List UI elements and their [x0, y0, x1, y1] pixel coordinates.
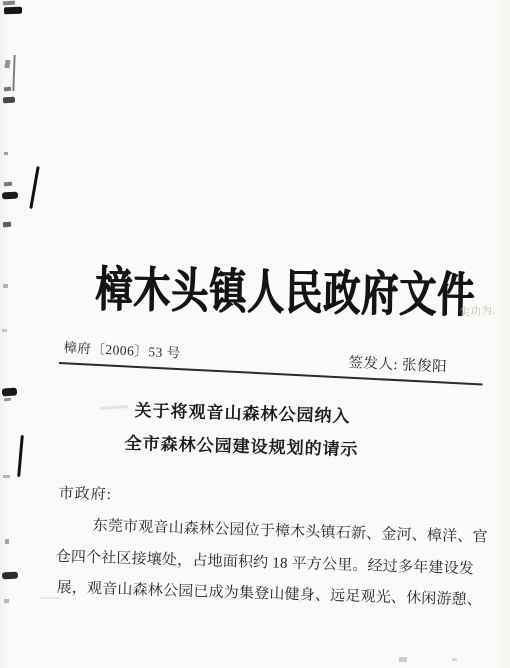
government-letterhead-title: 樟木头镇人民政府文件 [95, 250, 476, 326]
scanned-document-page: 樟木头镇人民政府文件 尖功为. 樟府〔2006〕53 号 签发人: 张俊阳 关于… [0, 0, 510, 668]
body-line: 仓四个社区接壤处，占地面积约 18 平方公里。经过多年建设发 [55, 545, 474, 578]
scan-smudge [4, 60, 10, 69]
scan-smudge [4, 182, 12, 187]
scan-smudge [3, 97, 15, 104]
scan-dot [3, 475, 10, 478]
body-line: 展，观音山森林公园已成为集登山健身、远足观光、休闲游憩、 [56, 576, 482, 610]
issuer-label: 签发人: 张俊阳 [348, 351, 448, 376]
scan-dot [5, 539, 9, 544]
scan-smudge [2, 572, 18, 580]
scan-smudge [4, 87, 11, 92]
scan-smudge [12, 55, 15, 91]
body-line: 东莞市观音山森林公园位于樟木头镇石新、金河、樟洋、官 [92, 514, 488, 547]
scan-dot [3, 284, 8, 288]
scan-dot [4, 152, 8, 155]
pen-stroke [29, 166, 39, 209]
scan-smudge [3, 222, 11, 228]
salutation: 市政府: [59, 482, 113, 504]
scan-dot [452, 658, 457, 661]
scan-dot [2, 329, 7, 332]
scan-smudge [3, 1, 15, 6]
scan-dot [399, 657, 407, 662]
handwritten-annotation: 尖功为. [458, 302, 495, 320]
scan-smudge [2, 192, 18, 200]
scan-smudge [40, 597, 60, 599]
scan-dot [4, 599, 9, 603]
document-subject: 关于将观音山森林公园纳入 全市森林公园建设规划的请示 [0, 390, 486, 470]
scan-smudge [4, 7, 22, 15]
document-number: 樟府〔2006〕53 号 [63, 336, 181, 362]
